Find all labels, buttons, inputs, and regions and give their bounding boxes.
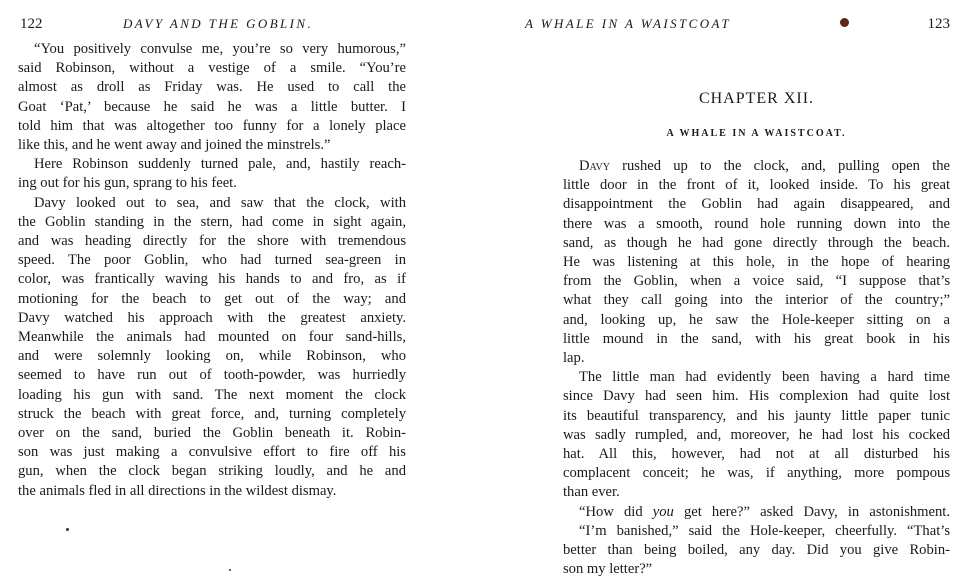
text-line: motioning for the beach to get out of th… xyxy=(18,290,406,309)
emphasis: you xyxy=(653,504,674,520)
text-line: He was listening at this hole, in the ho… xyxy=(563,253,950,272)
text-line: and, looking up, he saw the Hole-keeper … xyxy=(563,311,950,330)
text-line: Goat ‘Pat,’ because he said he was a lit… xyxy=(18,98,406,117)
text-line: since Davy had seen him. His complexion … xyxy=(563,387,950,406)
text-line: than ever. xyxy=(563,483,950,502)
text-line: speed. The poor Goblin, who had turned s… xyxy=(18,251,406,270)
text-line: The little man had evidently been having… xyxy=(563,368,950,387)
page-number: 122 xyxy=(20,16,43,33)
right-page: A WHALE IN A WAISTCOAT 123 CHAPTER XII. … xyxy=(563,0,950,26)
chapter-title: CHAPTER XII. xyxy=(563,90,950,108)
text-fragment: rushed up to the clock, and, pulling ope… xyxy=(610,158,950,174)
running-head: A WHALE IN A WAISTCOAT xyxy=(525,16,731,32)
right-page-body: Davy rushed up to the clock, and, pullin… xyxy=(563,157,950,579)
text-line: color, was frantically waving his hands … xyxy=(18,270,406,289)
left-page: 122 DAVY AND THE GOBLIN. “You positively… xyxy=(18,0,406,26)
text-line: son was just making a convulsive effort … xyxy=(18,443,406,462)
text-line: the Goblin standing in the stern, had co… xyxy=(18,213,406,232)
ink-stain xyxy=(840,18,849,27)
text-line: from the Goblin, when a voice said, “I s… xyxy=(563,272,950,291)
left-page-header: 122 DAVY AND THE GOBLIN. xyxy=(18,0,406,26)
text-line: little door in the front of it, looked i… xyxy=(563,176,950,195)
text-line: was sadly rumpled, and, moreover, he had… xyxy=(563,426,950,445)
text-line: over on the sand, buried the Goblin bene… xyxy=(18,424,406,443)
text-fragment: get here?” xyxy=(674,504,760,520)
right-page-header: A WHALE IN A WAISTCOAT 123 xyxy=(563,0,950,26)
text-fragment: asked Davy, in astonishment. xyxy=(760,504,950,520)
text-line: hat. All this, however, had not at all d… xyxy=(563,445,950,464)
text-line: disappointment the Goblin had again disa… xyxy=(563,195,950,214)
text-line: “I’m banished,” said the Hole-keeper, ch… xyxy=(563,522,950,541)
chapter-subtitle: A WHALE IN A WAISTCOAT. xyxy=(563,128,950,139)
text-line: the animals fled in all directions in th… xyxy=(18,482,406,501)
text-line: almost as droll as Friday was. He used t… xyxy=(18,78,406,97)
text-line: little mound in the sand, with his great… xyxy=(563,330,950,349)
text-line: “You positively convulse me, you’re so v… xyxy=(18,40,406,59)
text-line: its beautiful transparency, and his jaun… xyxy=(563,407,950,426)
text-line: Meanwhile the animals had mounted on fou… xyxy=(18,328,406,347)
text-line: loading his gun with sand. The next mome… xyxy=(18,386,406,405)
text-line: and were solemnly looking on, while Robi… xyxy=(18,347,406,366)
text-line: Here Robinson suddenly turned pale, and,… xyxy=(18,155,406,174)
page-number: 123 xyxy=(928,16,951,33)
text-line: struck the beach with great force, and, … xyxy=(18,405,406,424)
text-line: lap. xyxy=(563,349,950,368)
text-line: “How did you get here?” asked Davy, in a… xyxy=(563,503,950,522)
left-page-body: “You positively convulse me, you’re so v… xyxy=(18,40,406,501)
print-speck xyxy=(229,569,231,571)
text-line: complacent conceit; he was, if anything,… xyxy=(563,464,950,483)
text-line: sand, as though he had gone directly thr… xyxy=(563,234,950,253)
text-line: what they call going into the interior o… xyxy=(563,291,950,310)
drop-word: Davy xyxy=(579,158,610,174)
text-fragment: “How did xyxy=(579,504,653,520)
print-speck xyxy=(66,528,69,531)
text-line: told him that was altogether too funny f… xyxy=(18,117,406,136)
text-line: seemed to have run out of tooth-powder, … xyxy=(18,366,406,385)
text-line: better than being boiled, any day. Did y… xyxy=(563,541,950,560)
text-line: like this, and he went away and joined t… xyxy=(18,136,406,155)
text-line: Davy looked out to sea, and saw that the… xyxy=(18,194,406,213)
text-line: there was a smooth, round hole running d… xyxy=(563,215,950,234)
text-line: ing out for his gun, sprang to his feet. xyxy=(18,174,406,193)
text-line: gun, when the clock began striking loudl… xyxy=(18,462,406,481)
running-head: DAVY AND THE GOBLIN. xyxy=(123,16,313,32)
text-line: son my letter?” xyxy=(563,560,950,579)
text-line: Davy rushed up to the clock, and, pullin… xyxy=(563,157,950,176)
text-line: and was heading directly for the shore w… xyxy=(18,232,406,251)
text-line: said Robinson, without a vestige of a sm… xyxy=(18,59,406,78)
text-line: Davy watched his approach with the great… xyxy=(18,309,406,328)
